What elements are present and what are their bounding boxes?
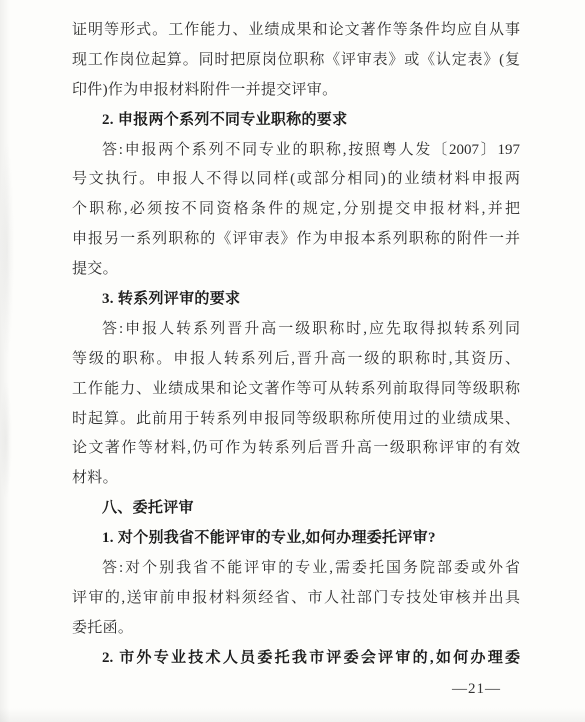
document-text-block: 证明等形式。工作能力、业绩成果和论文著作等条件均应自从事 现工作岗位起算。同时把…: [72, 16, 520, 674]
text-line: 评审的,送审前申报材料须经省、市人社部门专技处审核并出具: [72, 584, 520, 614]
text-line: 材料。: [72, 464, 520, 494]
text-line: 时起算。此前用于转系列申报同等级职称所使用过的业绩成果、: [72, 405, 520, 435]
section-heading: 1. 对个别我省不能评审的专业,如何办理委托评审?: [72, 524, 520, 554]
section-heading: 3. 转系列评审的要求: [72, 285, 520, 315]
text-line: 答:申报人转系列晋升高一级职称时,应先取得拟转系列同: [72, 315, 520, 345]
document-page: 证明等形式。工作能力、业绩成果和论文著作等条件均应自从事 现工作岗位起算。同时把…: [0, 0, 585, 722]
section-heading: 八、委托评审: [72, 494, 520, 524]
text-line: 证明等形式。工作能力、业绩成果和论文著作等条件均应自从事: [72, 16, 520, 46]
text-line: 提交。: [72, 255, 520, 285]
scan-artifact: [0, 140, 14, 360]
text-line: 个职称,必须按不同资格条件的规定,分别提交申报材料,并把: [72, 195, 520, 225]
text-line: 等级的职称。申报人转系列后,晋升高一级的职称时,其资历、: [72, 345, 520, 375]
text-line: 申报另一系列职称的《评审表》作为申报本系列职称的附件一并: [72, 225, 520, 255]
scan-artifact: [0, 380, 12, 500]
section-heading: 2. 市外专业技术人员委托我市评委会评审的,如何办理委: [72, 644, 520, 674]
text-line: 委托函。: [72, 614, 520, 644]
text-line: 答:申报两个系列不同专业的职称,按照粤人发〔2007〕197: [72, 136, 520, 166]
text-line: 现工作岗位起算。同时把原岗位职称《评审表》或《认定表》(复: [72, 46, 520, 76]
text-line: 印件)作为申报材料附件一并提交评审。: [72, 76, 520, 106]
text-line: 工作能力、业绩成果和论文著作等可从转系列前取得同等级职称: [72, 375, 520, 405]
page-number: —21—: [452, 681, 501, 698]
text-line: 论文著作等材料,仍可作为转系列后晋升高一级职称评审的有效: [72, 434, 520, 464]
section-heading: 2. 申报两个系列不同专业职称的要求: [72, 106, 520, 136]
text-line: 答:对个别我省不能评审的专业,需委托国务院部委或外省: [72, 554, 520, 584]
text-line: 号文执行。申报人不得以同样(或部分相同)的业绩材料申报两: [72, 165, 520, 195]
